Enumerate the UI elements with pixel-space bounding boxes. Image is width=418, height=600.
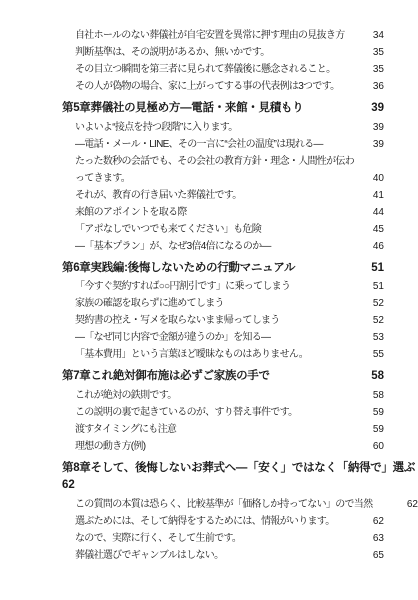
- toc-entry-title: この説明の裏で起きているのが、すり替え事件です。: [75, 404, 363, 421]
- toc-item-entry: 理想の動き方(例)60: [62, 438, 384, 455]
- toc-entry-page-number: 40: [371, 170, 384, 187]
- toc-entry-title: 自社ホールのない葬儀社が自宅安置を異常に押す理由の見抜き方: [75, 27, 363, 44]
- toc-entry-title: これが絶対の鉄則です。: [75, 387, 363, 404]
- toc-entry-title: —「なぜ同じ内容で金額が違うのか」を知る—: [75, 329, 363, 346]
- toc-entry-title: この質問の本質は恐らく、比較基準が「価格しか持ってない」ので当然: [75, 496, 397, 513]
- toc-item-entry: 選ぶためには、そして納得をするためには、情報がいります。62: [62, 513, 384, 530]
- toc-item-entry: なので、実際に行く、そして生前です。63: [62, 530, 384, 547]
- toc-entry-page-number: 52: [371, 312, 384, 329]
- toc-entry-page-number: 58: [371, 368, 384, 386]
- toc-entry-page-number: 62: [371, 513, 384, 530]
- toc-item-entry: 自社ホールのない葬儀社が自宅安置を異常に押す理由の見抜き方34: [62, 27, 384, 44]
- toc-entry-page-number: 39: [371, 136, 384, 153]
- toc-chapter-entry: 第5章葬儀社の見極め方—電話・来館・見積もり39: [62, 100, 384, 118]
- toc-item-entry: 「アポなしでいつでも来てください」も危険45: [62, 221, 384, 238]
- toc-entry-page-number: 36: [371, 78, 384, 95]
- toc-item-entry: たった数秒の会話でも、その会社の教育方針・理念・人間性が伝わってきます。40: [62, 153, 384, 187]
- toc-entry-title: 来館のアポイントを取る際: [75, 204, 363, 221]
- toc-entry-title: 第7章これ絶対御布施は必ずご家族の手で: [62, 368, 363, 386]
- toc-entry-page-number: 39: [371, 100, 384, 118]
- toc-entry-title: いよいよ“接点を持つ段階”に入ります。: [75, 119, 363, 136]
- toc-item-entry: —「基本プラン」が、なぜ3倍4倍になるのか—46: [62, 238, 384, 255]
- toc-entry-title: なので、実際に行く、そして生前です。: [75, 530, 363, 547]
- toc-entry-page-number: 62: [405, 496, 418, 513]
- toc-item-entry: 「基本費用」という言葉ほど曖昧なものはありません。55: [62, 346, 384, 363]
- toc-entry-title: 第5章葬儀社の見極め方—電話・来館・見積もり: [62, 100, 363, 118]
- toc-entry-page-number: 59: [371, 404, 384, 421]
- toc-entry-title: その人が偽物の場合、家に上がってする事の代表例は3つです。: [75, 78, 363, 95]
- toc-item-entry: それが、教育の行き届いた葬儀社です。41: [62, 187, 384, 204]
- toc-entry-page-number: 60: [371, 438, 384, 455]
- toc-item-entry: 葬儀社選びでギャンブルはしない。65: [62, 547, 384, 564]
- table-of-contents: 自社ホールのない葬儀社が自宅安置を異常に押す理由の見抜き方34判断基準は、その説…: [62, 27, 384, 564]
- toc-item-entry: 渡すタイミングにも注意59: [62, 421, 384, 438]
- toc-entry-title: たった数秒の会話でも、その会社の教育方針・理念・人間性が伝わってきます。: [75, 153, 363, 187]
- toc-entry-title: 選ぶためには、そして納得をするためには、情報がいります。: [75, 513, 363, 530]
- toc-entry-page-number: 51: [371, 278, 384, 295]
- toc-entry-page-number: 45: [371, 221, 384, 238]
- toc-item-entry: この質問の本質は恐らく、比較基準が「価格しか持ってない」ので当然62: [62, 496, 418, 513]
- toc-entry-title: 「アポなしでいつでも来てください」も危険: [75, 221, 363, 238]
- toc-entry-title: 「基本費用」という言葉ほど曖昧なものはありません。: [75, 346, 363, 363]
- toc-entry-page-number: 53: [371, 329, 384, 346]
- toc-entry-title: 判断基準は、その説明があるか、無いかです。: [75, 44, 363, 61]
- toc-entry-page-number: 39: [371, 119, 384, 136]
- toc-entry-title: 第8章そして、後悔しないお葬式へ—「安く」ではなく「納得で」選ぶ: [62, 460, 384, 478]
- toc-entry-page-number: 35: [371, 44, 384, 61]
- toc-entry-title: —電話・メール・LINE、その一言に“会社の温度”は現れる—: [75, 136, 363, 153]
- toc-item-entry: 判断基準は、その説明があるか、無いかです。35: [62, 44, 384, 61]
- toc-entry-title: 第6章実践編:後悔しないための行動マニュアル: [62, 260, 363, 278]
- toc-entry-title: —「基本プラン」が、なぜ3倍4倍になるのか—: [75, 238, 363, 255]
- book-page: 自社ホールのない葬儀社が自宅安置を異常に押す理由の見抜き方34判断基準は、その説…: [0, 0, 418, 600]
- toc-item-entry: 「今すぐ契約すれば○○円割引です」に乗ってしまう51: [62, 278, 384, 295]
- toc-item-entry: 家族の確認を取らずに進めてしまう52: [62, 295, 384, 312]
- toc-entry-title: その目立つ瞬間を第三者に見られて葬儀後に懸念されること。: [75, 61, 363, 78]
- toc-chapter-entry: 第7章これ絶対御布施は必ずご家族の手で58: [62, 368, 384, 386]
- toc-entry-page-number: 62: [62, 477, 384, 495]
- toc-chapter-entry: 第6章実践編:後悔しないための行動マニュアル51: [62, 260, 384, 278]
- toc-entry-page-number: 46: [371, 238, 384, 255]
- toc-entry-title: 葬儀社選びでギャンブルはしない。: [75, 547, 363, 564]
- toc-item-entry: 来館のアポイントを取る際44: [62, 204, 384, 221]
- toc-entry-page-number: 63: [371, 530, 384, 547]
- toc-entry-title: 家族の確認を取らずに進めてしまう: [75, 295, 363, 312]
- toc-entry-page-number: 44: [371, 204, 384, 221]
- toc-entry-page-number: 59: [371, 421, 384, 438]
- toc-entry-title: 契約書の控え・写メを取らないまま帰ってしまう: [75, 312, 363, 329]
- toc-entry-title: それが、教育の行き届いた葬儀社です。: [75, 187, 363, 204]
- toc-entry-page-number: 51: [371, 260, 384, 278]
- toc-entry-title: 渡すタイミングにも注意: [75, 421, 363, 438]
- toc-entry-title: 理想の動き方(例): [75, 438, 363, 455]
- toc-entry-page-number: 65: [371, 547, 384, 564]
- toc-item-entry: —「なぜ同じ内容で金額が違うのか」を知る—53: [62, 329, 384, 346]
- toc-entry-title: 「今すぐ契約すれば○○円割引です」に乗ってしまう: [75, 278, 363, 295]
- toc-entry-page-number: 52: [371, 295, 384, 312]
- toc-entry-page-number: 55: [371, 346, 384, 363]
- toc-entry-page-number: 34: [371, 27, 384, 44]
- toc-entry-page-number: 58: [371, 387, 384, 404]
- toc-entry-page-number: 35: [371, 61, 384, 78]
- toc-item-entry: —電話・メール・LINE、その一言に“会社の温度”は現れる—39: [62, 136, 384, 153]
- toc-item-entry: その目立つ瞬間を第三者に見られて葬儀後に懸念されること。35: [62, 61, 384, 78]
- toc-item-entry: 契約書の控え・写メを取らないまま帰ってしまう52: [62, 312, 384, 329]
- toc-item-entry: これが絶対の鉄則です。58: [62, 387, 384, 404]
- toc-entry-page-number: 41: [371, 187, 384, 204]
- toc-item-entry: この説明の裏で起きているのが、すり替え事件です。59: [62, 404, 384, 421]
- toc-chapter-entry: 第8章そして、後悔しないお葬式へ—「安く」ではなく「納得で」選ぶ62: [62, 460, 384, 495]
- toc-item-entry: その人が偽物の場合、家に上がってする事の代表例は3つです。36: [62, 78, 384, 95]
- toc-item-entry: いよいよ“接点を持つ段階”に入ります。39: [62, 119, 384, 136]
